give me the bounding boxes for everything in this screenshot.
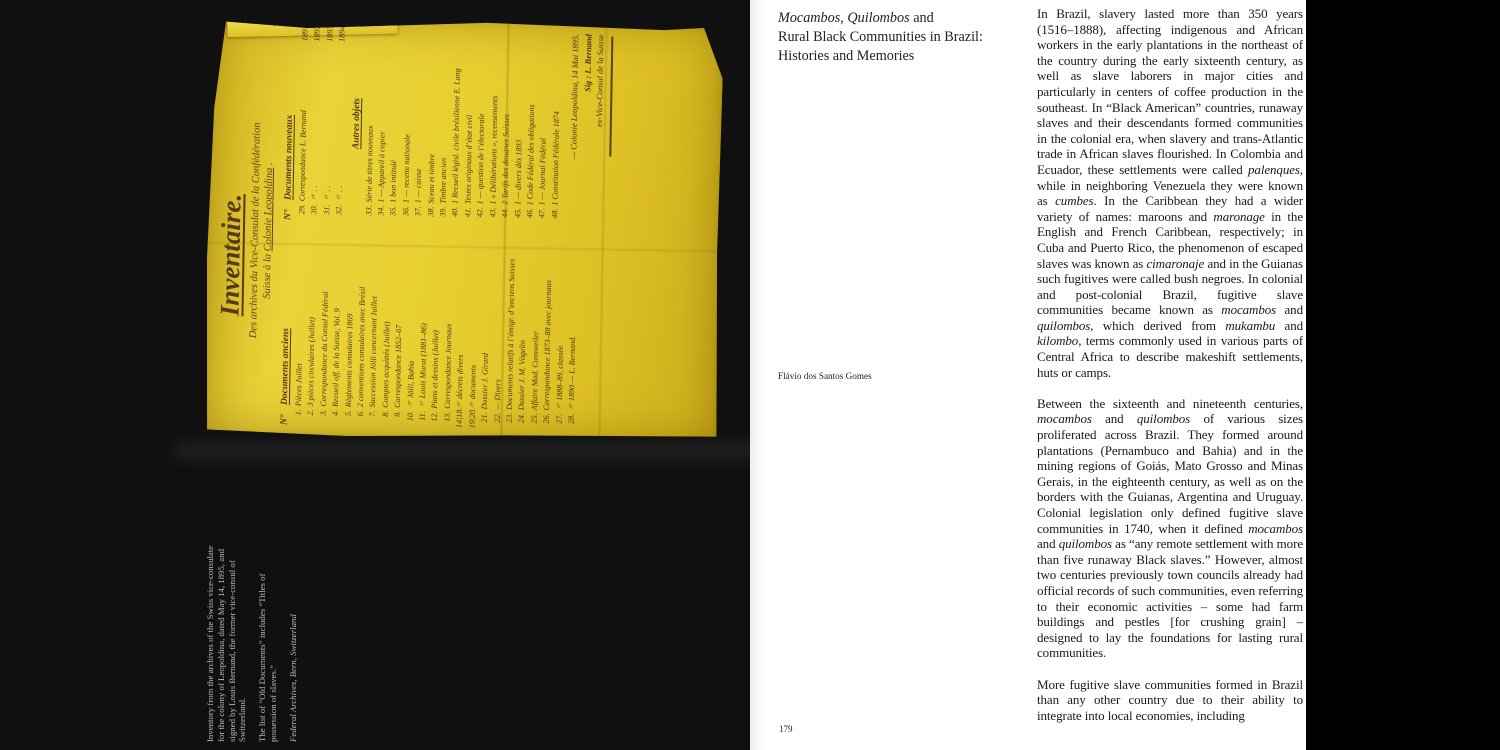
body-paragraph: In Brazil, slavery lasted more than 350 …: [1037, 6, 1303, 380]
photo-caption: Inventory from the archives of the Swiss…: [205, 544, 308, 742]
caption-paragraph: Inventory from the archives of the Swiss…: [205, 544, 248, 742]
doc-nouveaux-rows: 29.Correspondance L. Bernand189130.〃 . .…: [296, 25, 349, 221]
doc-autres-rows: 33.Série de titres nouveaux34.1 — Appare…: [363, 26, 565, 224]
doc-col-nouveaux: N° Documents nouveaux 29.Correspondance …: [283, 25, 613, 226]
signature-flourish: [609, 37, 613, 157]
doc-col-anciens: N° Documents anciens 1.Pièces Juillet2.3…: [280, 230, 610, 431]
article-title: Mocambos, Quilombos andRural Black Commu…: [778, 9, 1033, 67]
doc-row: 32.〃 . .1894: [333, 26, 349, 221]
left-page: Inventaire. Des archives du Vice-Consula…: [0, 0, 750, 750]
doc-autres-header: Autres objets: [350, 26, 363, 221]
caption-paragraph: The list of “Old Documents” includes “Ti…: [257, 544, 279, 742]
paper-shadow: [175, 444, 765, 458]
manuscript-photo: Inventaire. Des archives du Vice-Consula…: [202, 16, 723, 443]
body-paragraph: More fugitive slave communities formed i…: [1037, 677, 1303, 724]
doc-row: 28.〃 1890 — L. Bernand.: [565, 235, 581, 430]
caption-paragraph: Federal Archives, Bern, Switzerland: [288, 544, 299, 742]
manuscript-title: Inventaire.: [213, 136, 248, 375]
doc-no-header: N°: [280, 409, 290, 425]
article-title-line: Rural Black Communities in Brazil:: [778, 28, 1033, 47]
page-gutter-shadow: [750, 0, 764, 750]
doc-nouveaux-header: Documents nouveaux: [283, 115, 294, 200]
doc-anciens-rows: 1.Pièces Juillet2.3 pièces circulaires (…: [293, 230, 582, 430]
doc-anciens-header: Documents anciens: [280, 328, 291, 405]
article-byline: Flávio dos Santos Gomes: [778, 371, 872, 381]
page-number: 179: [779, 724, 793, 734]
article-body: In Brazil, slavery lasted more than 350 …: [1037, 6, 1303, 750]
article-title-line: Histories and Memories: [778, 47, 1033, 66]
doc-no-header: N°: [283, 204, 293, 220]
doc-row: 48.1 Constitution Fédérale 1874: [549, 30, 565, 225]
body-paragraph: Between the sixteenth and nineteenth cen…: [1037, 396, 1303, 661]
manuscript-content: Inventaire. Des archives du Vice-Consula…: [202, 16, 723, 443]
article-title-line: Mocambos, Quilombos and: [778, 9, 1033, 28]
right-margin-black: [1306, 0, 1500, 750]
right-page: Mocambos, Quilombos andRural Black Commu…: [750, 0, 1306, 750]
